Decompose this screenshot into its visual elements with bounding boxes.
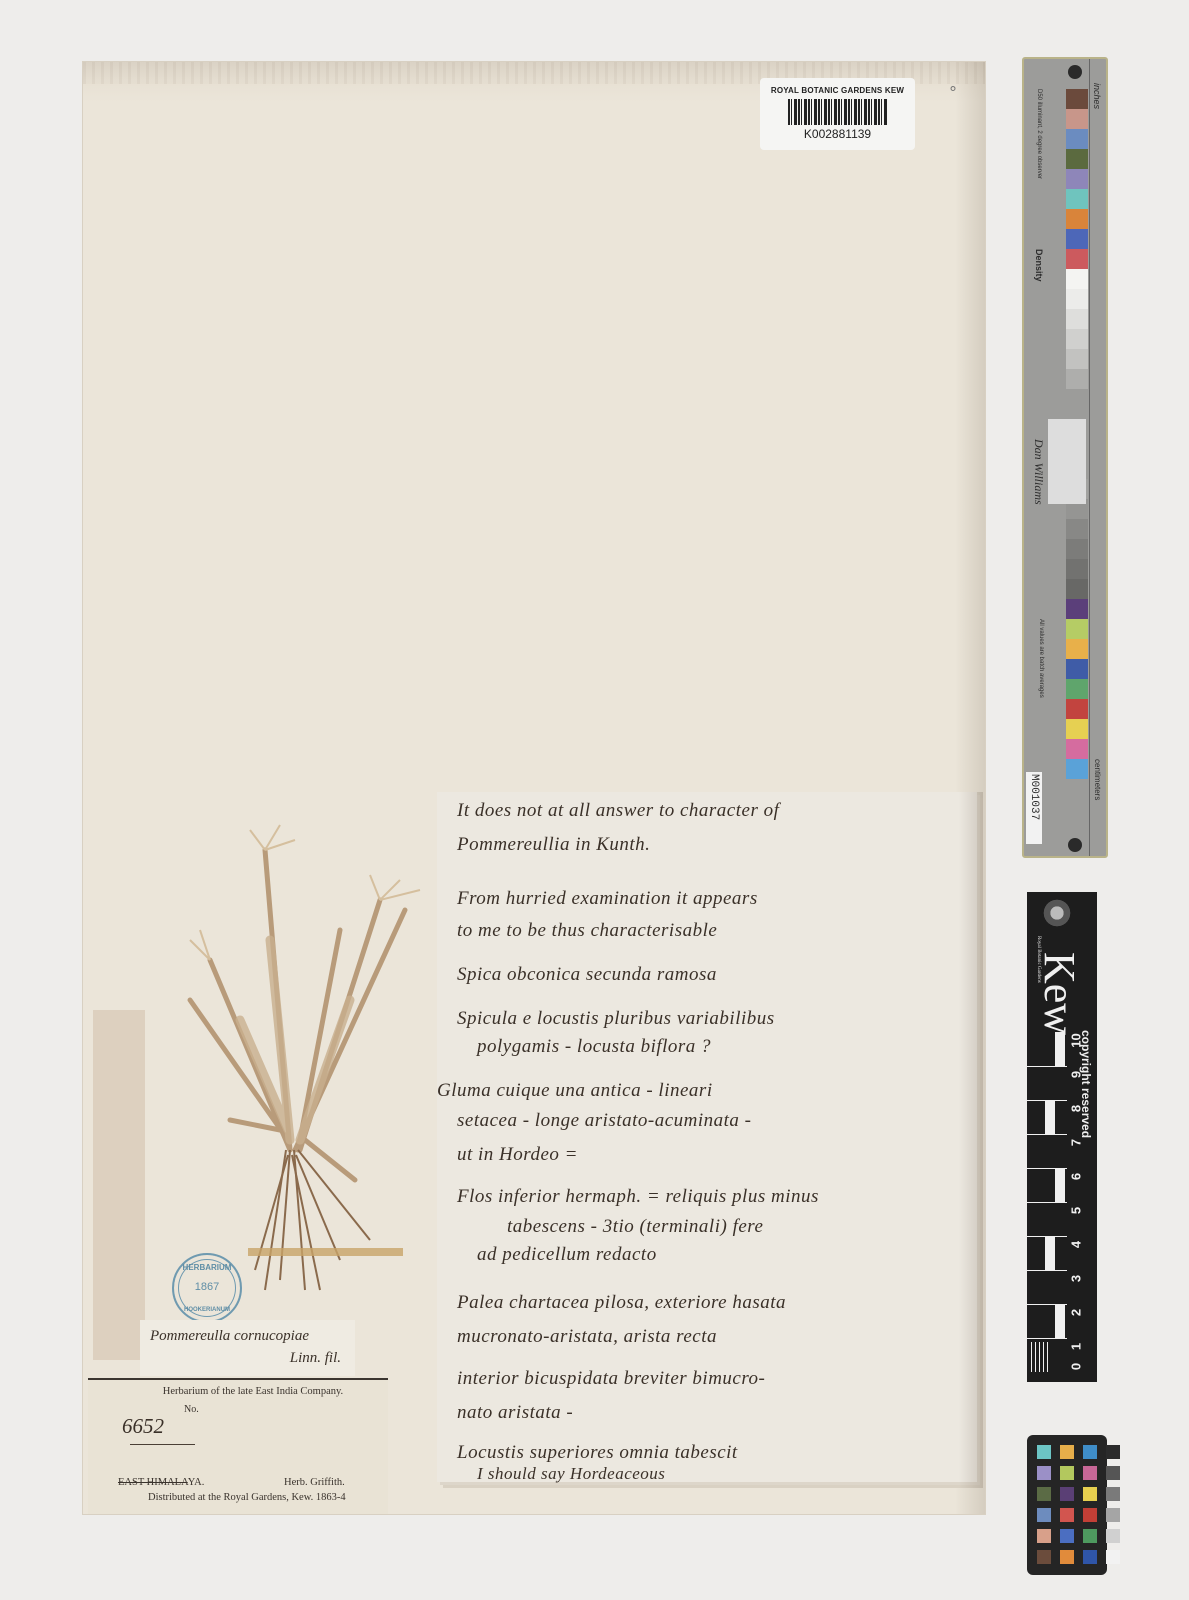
- checker-cell: [1060, 1445, 1074, 1459]
- number-underline: [130, 1444, 195, 1445]
- note-line: tabescens - 3tio (terminali) fere: [507, 1216, 763, 1238]
- east-india-company-label: Herbarium of the late East India Company…: [88, 1378, 388, 1514]
- checker-cell: [1060, 1487, 1074, 1501]
- note-line: Pommereullia in Kunth.: [457, 834, 650, 856]
- ruler-id: M001037: [1026, 772, 1042, 844]
- kew-scale-bar: Royal Botanic Gardens Kew copyright rese…: [1027, 892, 1097, 1382]
- cm-mark: 10: [1069, 1032, 1084, 1050]
- ruler-hole-bottom: [1068, 838, 1082, 852]
- swatch: [1066, 639, 1088, 659]
- swatch: [1066, 109, 1088, 129]
- swatch: [1066, 229, 1088, 249]
- checker-cell: [1083, 1487, 1097, 1501]
- swatch: [1066, 599, 1088, 619]
- swatch: [1066, 659, 1088, 679]
- checker-cell: [1106, 1508, 1120, 1522]
- illuminant-note: D50 illuminant, 2 degree observer: [1036, 89, 1042, 179]
- eic-label-title: Herbarium of the late East India Company…: [88, 1386, 388, 1397]
- color-checker-card: [1027, 1435, 1107, 1575]
- number-label: No.: [184, 1404, 199, 1415]
- stamp-top-text: HERBARIUM: [174, 1263, 240, 1272]
- checker-cell: [1060, 1508, 1074, 1522]
- checker-cell: [1083, 1529, 1097, 1543]
- region-struck: EAST HIMALA: [118, 1477, 188, 1488]
- ruler-hole-top: [1068, 65, 1082, 79]
- note-line: Spica obconica secunda ramosa: [457, 964, 717, 986]
- swatch: [1066, 699, 1088, 719]
- pressed-grass-specimen-icon: [170, 820, 460, 1300]
- note-line: It does not at all answer to character o…: [457, 800, 779, 822]
- checker-cell: [1060, 1529, 1074, 1543]
- barcode-label: ROYAL BOTANIC GARDENS KEW K002881139: [760, 78, 915, 150]
- density-label: Density: [1034, 249, 1044, 282]
- color-checker-grid: [1037, 1445, 1120, 1564]
- note-line: ut in Hordeo =: [457, 1144, 578, 1166]
- note-line: Flos inferior hermaph. = reliquis plus m…: [457, 1186, 819, 1208]
- pencil-mark: ∘: [948, 78, 958, 98]
- swatch: [1066, 759, 1088, 779]
- swatch: [1066, 169, 1088, 189]
- grey-step: [1066, 309, 1088, 329]
- note-line: setacea - longe aristato-acuminata -: [457, 1110, 752, 1132]
- checker-cell: [1106, 1445, 1120, 1459]
- region-text: EAST HIMALAYA.: [118, 1477, 204, 1488]
- note-line: From hurried examination it appears: [457, 888, 758, 910]
- inches-scale: inches centimeters: [1089, 59, 1104, 856]
- kew-crest-icon: [1041, 898, 1073, 928]
- swatch: [1066, 209, 1088, 229]
- kew-logo: Kew: [1034, 952, 1085, 1035]
- grey-step: [1066, 559, 1088, 579]
- checker-cell: [1083, 1445, 1097, 1459]
- taxon-name: Pommereulla cornucopiae: [150, 1328, 309, 1345]
- color-reference-ruler: D50 illuminant, 2 degree observer Densit…: [1022, 57, 1108, 858]
- note-line: nato aristata -: [457, 1402, 573, 1424]
- checker-cell: [1037, 1529, 1051, 1543]
- taxon-author: Linn. fil.: [290, 1350, 341, 1367]
- cm-mark: 2: [1069, 1304, 1084, 1322]
- centimeters-label: centimeters: [1093, 759, 1102, 800]
- checker-cell: [1037, 1445, 1051, 1459]
- resolution-target: [1048, 419, 1086, 504]
- checker-cell: [1106, 1487, 1120, 1501]
- cm-mark: 4: [1069, 1236, 1084, 1254]
- checker-cell: [1037, 1550, 1051, 1564]
- note-line: to me to be thus characterisable: [457, 920, 717, 942]
- note-line: Palea chartacea pilosa, exteriore hasata: [457, 1292, 786, 1314]
- note-line: interior bicuspidata breviter bimucro-: [457, 1368, 765, 1390]
- cm-mark: 8: [1069, 1100, 1084, 1118]
- grey-step: [1066, 289, 1088, 309]
- note-line: polygamis - locusta biflora ?: [477, 1036, 711, 1058]
- grey-step: [1066, 369, 1088, 389]
- grey-step: [1066, 329, 1088, 349]
- stamp-bottom-text: HOOKERIANUM: [174, 1307, 240, 1313]
- handwritten-note: It does not at all answer to character o…: [437, 792, 977, 1482]
- barcode-icon: [788, 99, 888, 125]
- specimen-number: 6652: [122, 1414, 164, 1439]
- grey-step: [1066, 579, 1088, 599]
- faded-label-strip: [93, 1010, 145, 1360]
- collector-text: Herb. Griffith.: [284, 1477, 345, 1488]
- swatch: [1066, 719, 1088, 739]
- grey-step: [1066, 519, 1088, 539]
- cm-scale-bars-icon: [1027, 1032, 1067, 1377]
- checker-cell: [1083, 1508, 1097, 1522]
- grey-step: [1066, 349, 1088, 369]
- institution-name: ROYAL BOTANIC GARDENS KEW: [760, 86, 915, 95]
- checker-cell: [1083, 1550, 1097, 1564]
- grey-step: [1066, 539, 1088, 559]
- distribution-text: Distributed at the Royal Gardens, Kew. 1…: [148, 1492, 346, 1503]
- cm-mark: 0: [1069, 1358, 1084, 1376]
- note-line: Locustis superiores omnia tabescit: [457, 1442, 738, 1464]
- cm-mark: 1: [1069, 1338, 1084, 1356]
- swatch: [1066, 189, 1088, 209]
- swatch: [1066, 619, 1088, 639]
- cm-mark: 7: [1069, 1134, 1084, 1152]
- checker-cell: [1060, 1550, 1074, 1564]
- swatch: [1066, 129, 1088, 149]
- determination-label: Pommereulla cornucopiae Linn. fil.: [140, 1320, 355, 1376]
- cm-mark: 9: [1069, 1066, 1084, 1084]
- inches-label: inches: [1092, 83, 1102, 109]
- note-line: I should say Hordeaceous: [477, 1464, 665, 1484]
- stamp-year: 1867: [174, 1281, 240, 1293]
- swatch: [1066, 739, 1088, 759]
- note-line: Spicula e locustis pluribus variabilibus: [457, 1008, 775, 1030]
- checker-cell: [1106, 1550, 1120, 1564]
- checker-cell: [1106, 1466, 1120, 1480]
- swatch: [1066, 249, 1088, 269]
- note-line: ad pedicellum redacto: [477, 1244, 657, 1266]
- herbarium-hookerianum-stamp: HERBARIUM 1867 HOOKERIANUM: [172, 1253, 242, 1323]
- ruler-brand: Dan Williams: [1031, 439, 1046, 505]
- note-line: mucronato-aristata, arista recta: [457, 1326, 717, 1348]
- approx-note: All values are batch averages: [1038, 619, 1044, 698]
- checker-cell: [1060, 1466, 1074, 1480]
- barcode-number: K002881139: [760, 127, 915, 141]
- region-rest: YA.: [188, 1477, 205, 1488]
- ruler-id-text: M001037: [1028, 774, 1040, 820]
- swatch: [1066, 149, 1088, 169]
- checker-cell: [1037, 1487, 1051, 1501]
- cm-mark: 3: [1069, 1270, 1084, 1288]
- cm-mark: 5: [1069, 1202, 1084, 1220]
- swatch: [1066, 89, 1088, 109]
- note-line: Gluma cuique una antica - lineari: [437, 1080, 713, 1102]
- cm-mark: 6: [1069, 1168, 1084, 1186]
- checker-cell: [1106, 1529, 1120, 1543]
- checker-cell: [1037, 1466, 1051, 1480]
- checker-cell: [1083, 1466, 1097, 1480]
- grey-step: [1066, 269, 1088, 289]
- checker-cell: [1037, 1508, 1051, 1522]
- swatch: [1066, 679, 1088, 699]
